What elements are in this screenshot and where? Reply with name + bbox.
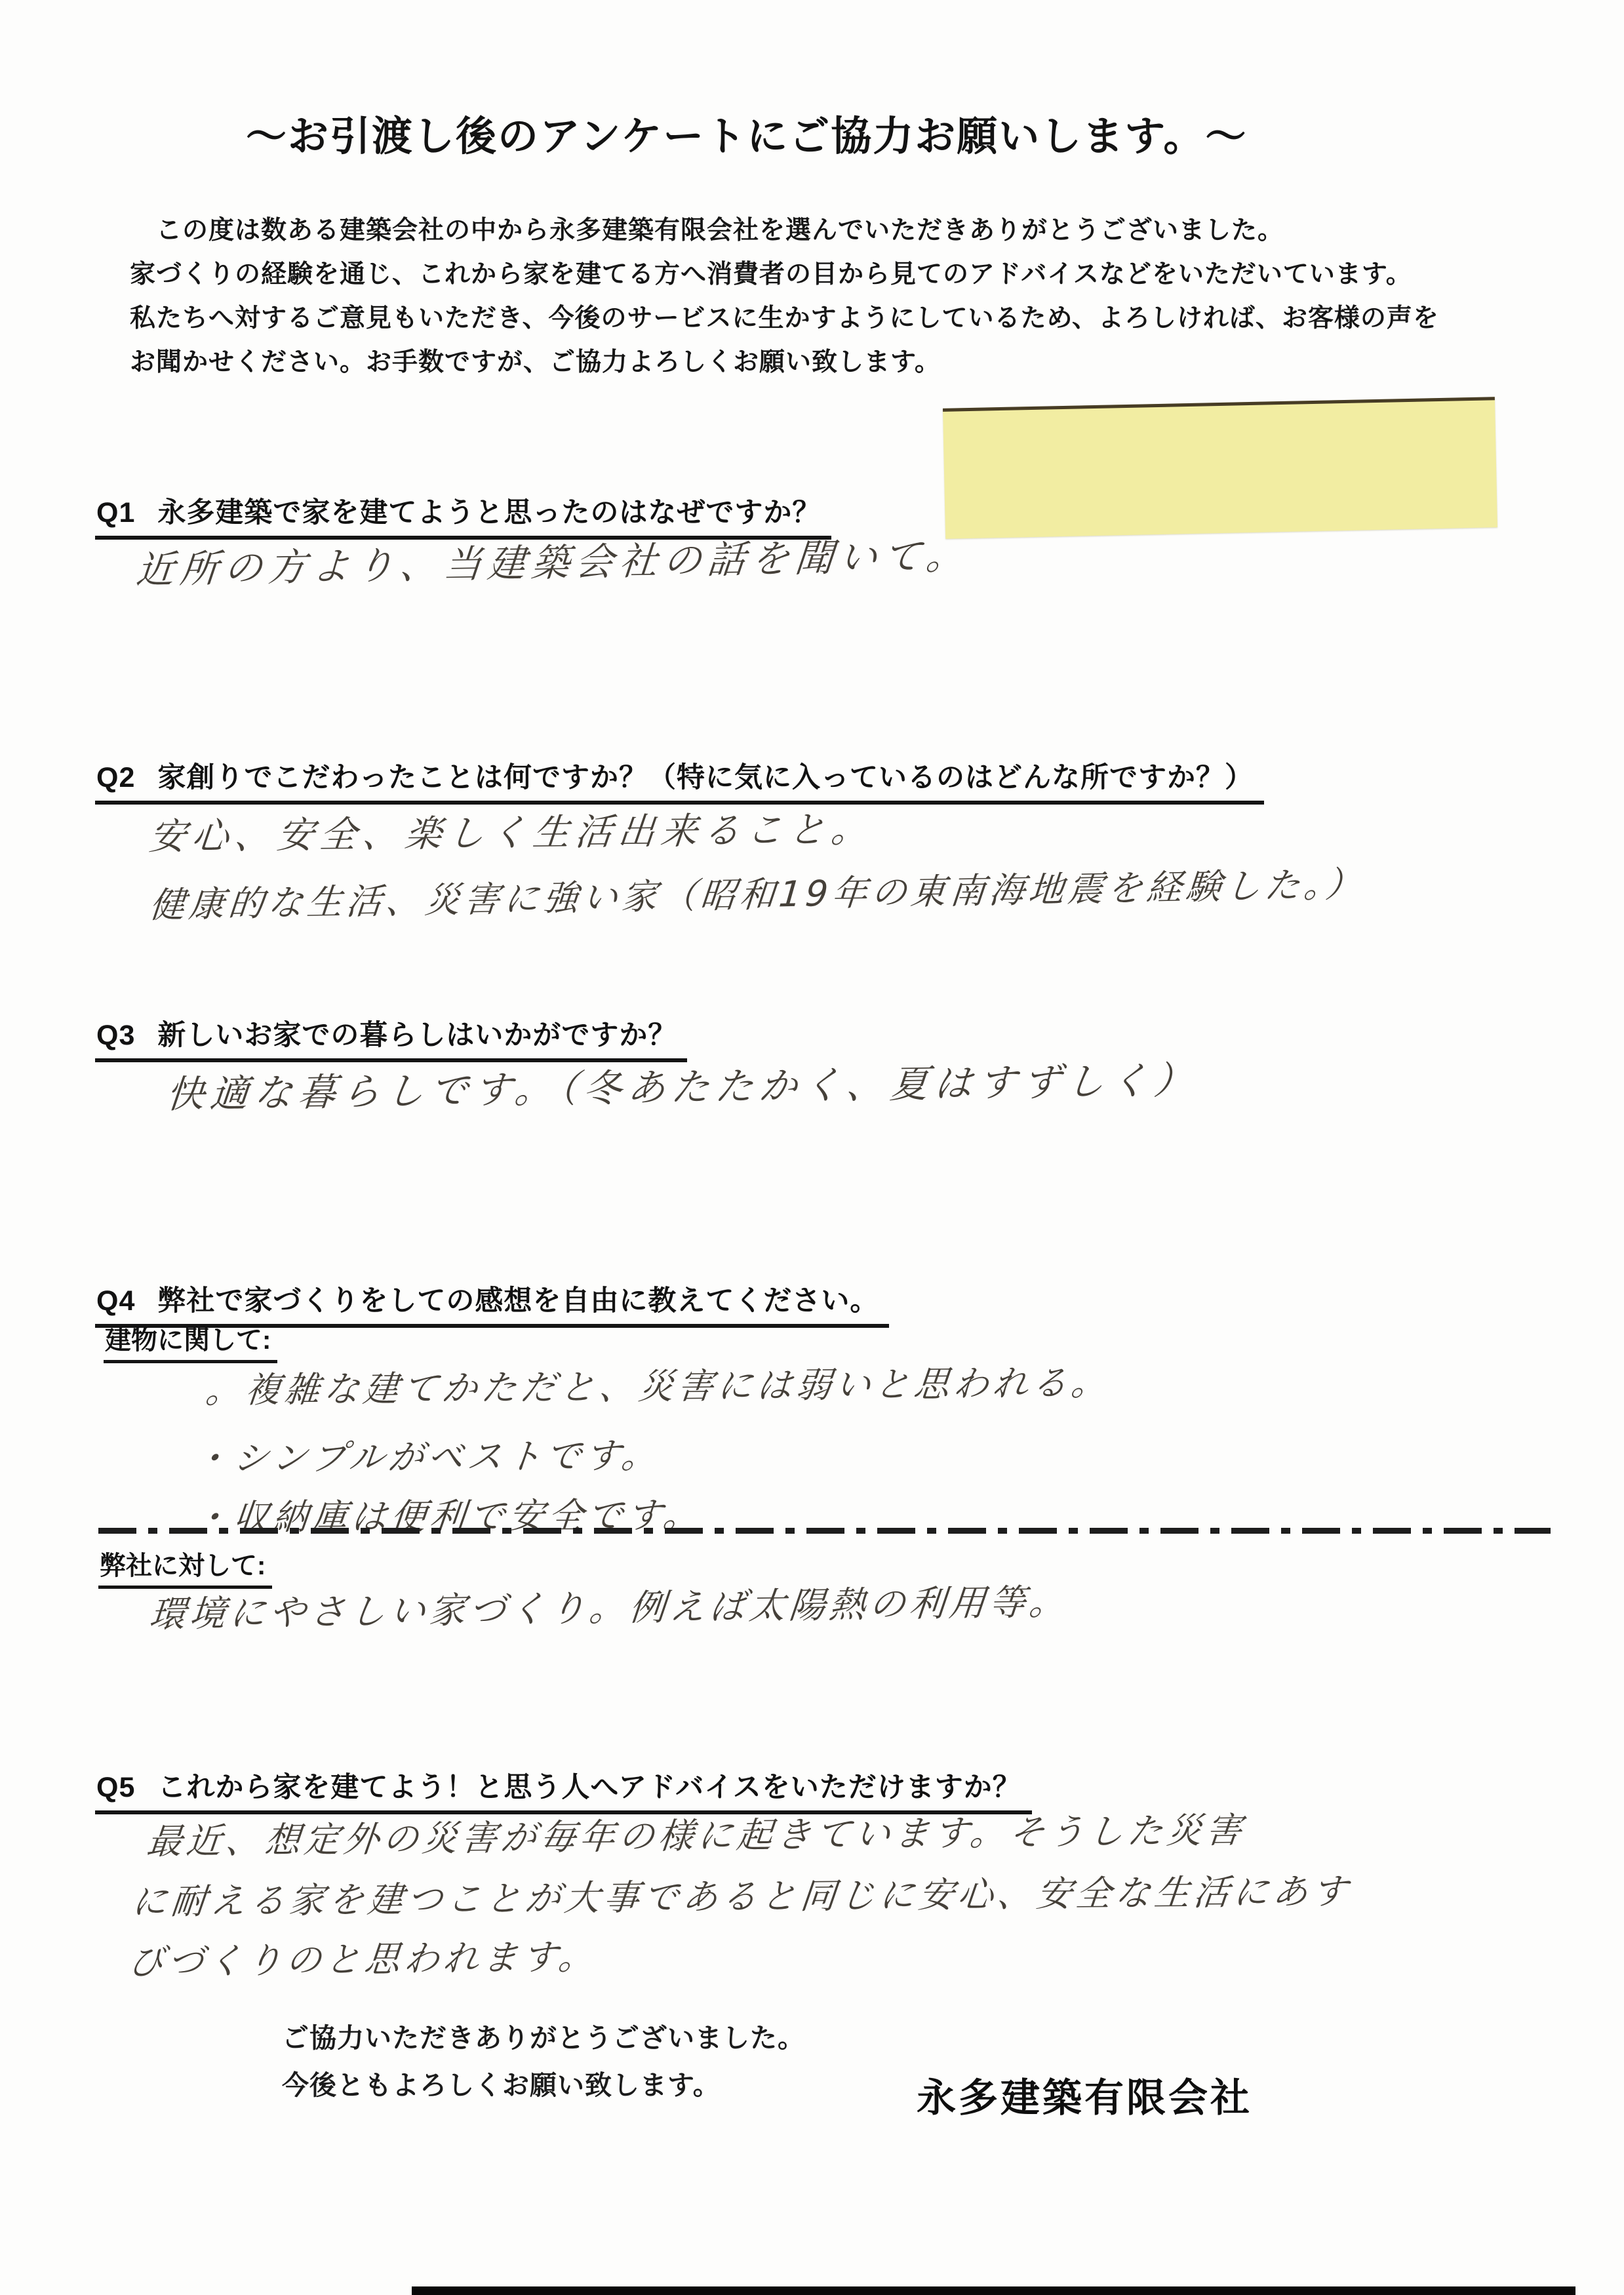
- q2-handwritten-answer-line2: 健康的な生活、災害に強い家（昭和19年の東南海地震を経験した。）: [148, 856, 1367, 928]
- intro-line: お聞かせください。お手数ですが、ご協力よろしくお願い致します。: [130, 340, 1507, 384]
- q5-handwritten-answer-line3: びづくりのと思われます。: [127, 1928, 601, 1985]
- q5-handwritten-answer-line2: に耐える家を建つことが大事であると同じに安心、安全な生活にあす: [130, 1864, 1354, 1925]
- q4-label: Q4: [96, 1285, 135, 1317]
- q3-label: Q3: [96, 1020, 135, 1051]
- survey-document: ～お引渡し後のアンケートにご協力お願いします。～ この度は数ある建築会社の中から…: [0, 0, 1624, 2295]
- page-title: ～お引渡し後のアンケートにご協力お願いします。～: [246, 104, 1247, 162]
- scan-artifact-bar: [412, 2286, 1575, 2295]
- q4-building-sublabel: 建物に関して:: [104, 1319, 277, 1363]
- intro-line: この度は数ある建築会社の中から永多建築有限会社を選んでいただきありがとうございま…: [130, 209, 1507, 252]
- intro-line: 家づくりの経験を通じ、これから家を建てる方へ消費者の目から見てのアドバイスなどを…: [130, 252, 1507, 296]
- q4-company-handwritten-answer: 環境にやさしい家づくり。例えば太陽熱の利用等。: [148, 1572, 1072, 1637]
- q4-building-answer-line2: ・シンプルがベストです。: [191, 1427, 663, 1481]
- q2-label: Q2: [96, 762, 135, 793]
- q2-handwritten-answer-line1: 安心、安全、楽しく生活出来ること。: [147, 800, 877, 860]
- q4-building-answer-line1: 。複雑な建てかただと、災害には弱いと思われる。: [204, 1355, 1113, 1413]
- q5-question-text: これから家を建てよう！と思う人へアドバイスをいただけますか？: [157, 1772, 1021, 1803]
- q4-question-text: 弊社で家づくりをしての感想を自由に教えてください。: [157, 1285, 879, 1317]
- closing-thanks-line1: ご協力いただきありがとうございました。: [282, 2014, 805, 2062]
- q3-question-text: 新しいお家での暮らしはいかがですか？: [157, 1020, 677, 1051]
- q5-label: Q5: [96, 1772, 135, 1803]
- closing-thanks-line2: 今後ともよろしくお願い致します。: [282, 2062, 805, 2109]
- company-name: 永多建築有限会社: [917, 2067, 1252, 2123]
- q2-heading: Q2家創りでこだわったことは何ですか？（特に気に入っているのはどんな所ですか？）: [95, 755, 1264, 805]
- intro-paragraph: この度は数ある建築会社の中から永多建築有限会社を選んでいただきありがとうございま…: [130, 209, 1507, 384]
- q1-label: Q1: [96, 497, 135, 529]
- closing-thanks: ご協力いただきありがとうございました。 今後ともよろしくお願い致します。: [282, 2014, 805, 2109]
- q1-question-text: 永多建築で家を建てようと思ったのはなぜですか？: [157, 497, 821, 529]
- sticky-note-redaction: [943, 397, 1497, 539]
- intro-line: 私たちへ対するご意見もいただき、今後のサービスに生かすようにしているため、よろし…: [130, 296, 1507, 340]
- q2-question-text: 家創りでこだわったことは何ですか？（特に気に入っているのはどんな所ですか？）: [157, 762, 1254, 793]
- q5-handwritten-answer-line1: 最近、想定外の災害が毎年の様に起きています。そうした災害: [145, 1802, 1248, 1864]
- q4-company-sublabel: 弊社に対して:: [98, 1545, 272, 1589]
- dash-dot-divider: [98, 1528, 1551, 1534]
- q3-heading: Q3新しいお家での暮らしはいかがですか？: [95, 1013, 687, 1062]
